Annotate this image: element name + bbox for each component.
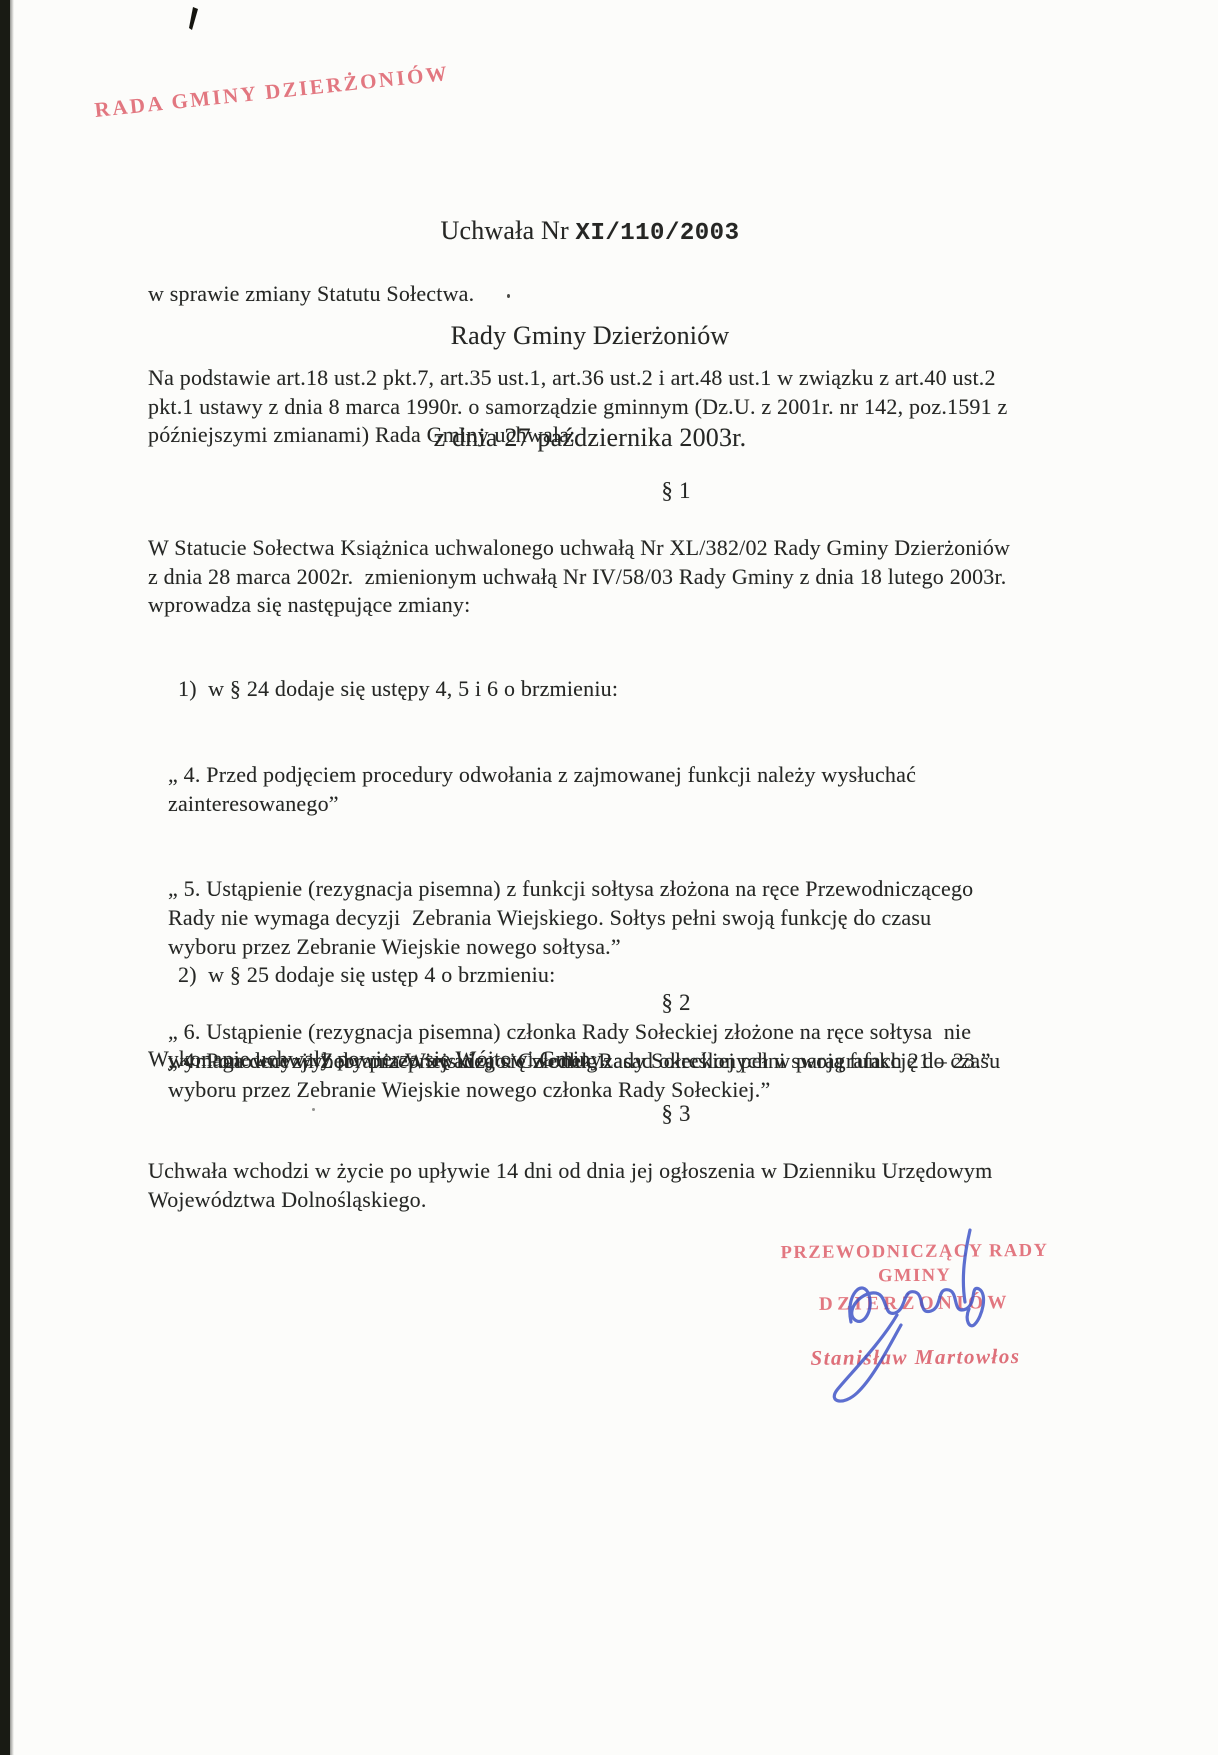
section-1-intro: W Statucie Sołectwa Książnica uchwaloneg… (148, 534, 1113, 620)
change-item-2: 2) w § 25 dodaje się ustęp 4 o brzmieniu… (148, 961, 1113, 990)
section-1-changes-2: 2) w § 25 dodaje się ustęp 4 o brzmieniu… (148, 904, 1113, 1133)
section-2-heading: § 2 (148, 989, 1156, 1018)
section-3-text: Uchwała wchodzi w życie po upływie 14 dn… (148, 1157, 1113, 1214)
title-prefix: Uchwała Nr (441, 216, 576, 245)
document-page: RADA GMINY DZIERŻONIÓW Uchwała Nr XI/110… (0, 0, 1218, 1755)
scan-edge-shadow (10, 0, 14, 1755)
section-3-heading: § 3 (148, 1100, 1156, 1129)
council-corner-stamp: RADA GMINY DZIERŻONIÓW (93, 61, 450, 123)
pen-mark (182, 6, 202, 36)
section-1-heading: § 1 (148, 477, 1156, 506)
scan-edge (0, 0, 10, 1755)
resolution-number: XI/110/2003 (576, 220, 740, 247)
subject-line: w sprawie zmiany Statutu Sołectwa. (148, 280, 1113, 309)
quoted-clause-4: „ 4. Przed podjęciem procedury odwołania… (148, 761, 1113, 818)
preamble: Na podstawie art.18 ust.2 pkt.7, art.35 … (148, 364, 1113, 450)
title-line-1: Uchwała Nr XI/110/2003 (150, 214, 1030, 251)
signature (818, 1222, 1008, 1417)
section-2-text: Wykonanie uchwały powierza się Wójtowi G… (148, 1045, 1113, 1074)
title-line-2: Rady Gminy Dzierżoniów (150, 319, 1030, 353)
title-block: Uchwała Nr XI/110/2003 Rady Gminy Dzierż… (150, 146, 1030, 523)
change-item-1: 1) w § 24 dodaje się ustępy 4, 5 i 6 o b… (148, 675, 1113, 704)
